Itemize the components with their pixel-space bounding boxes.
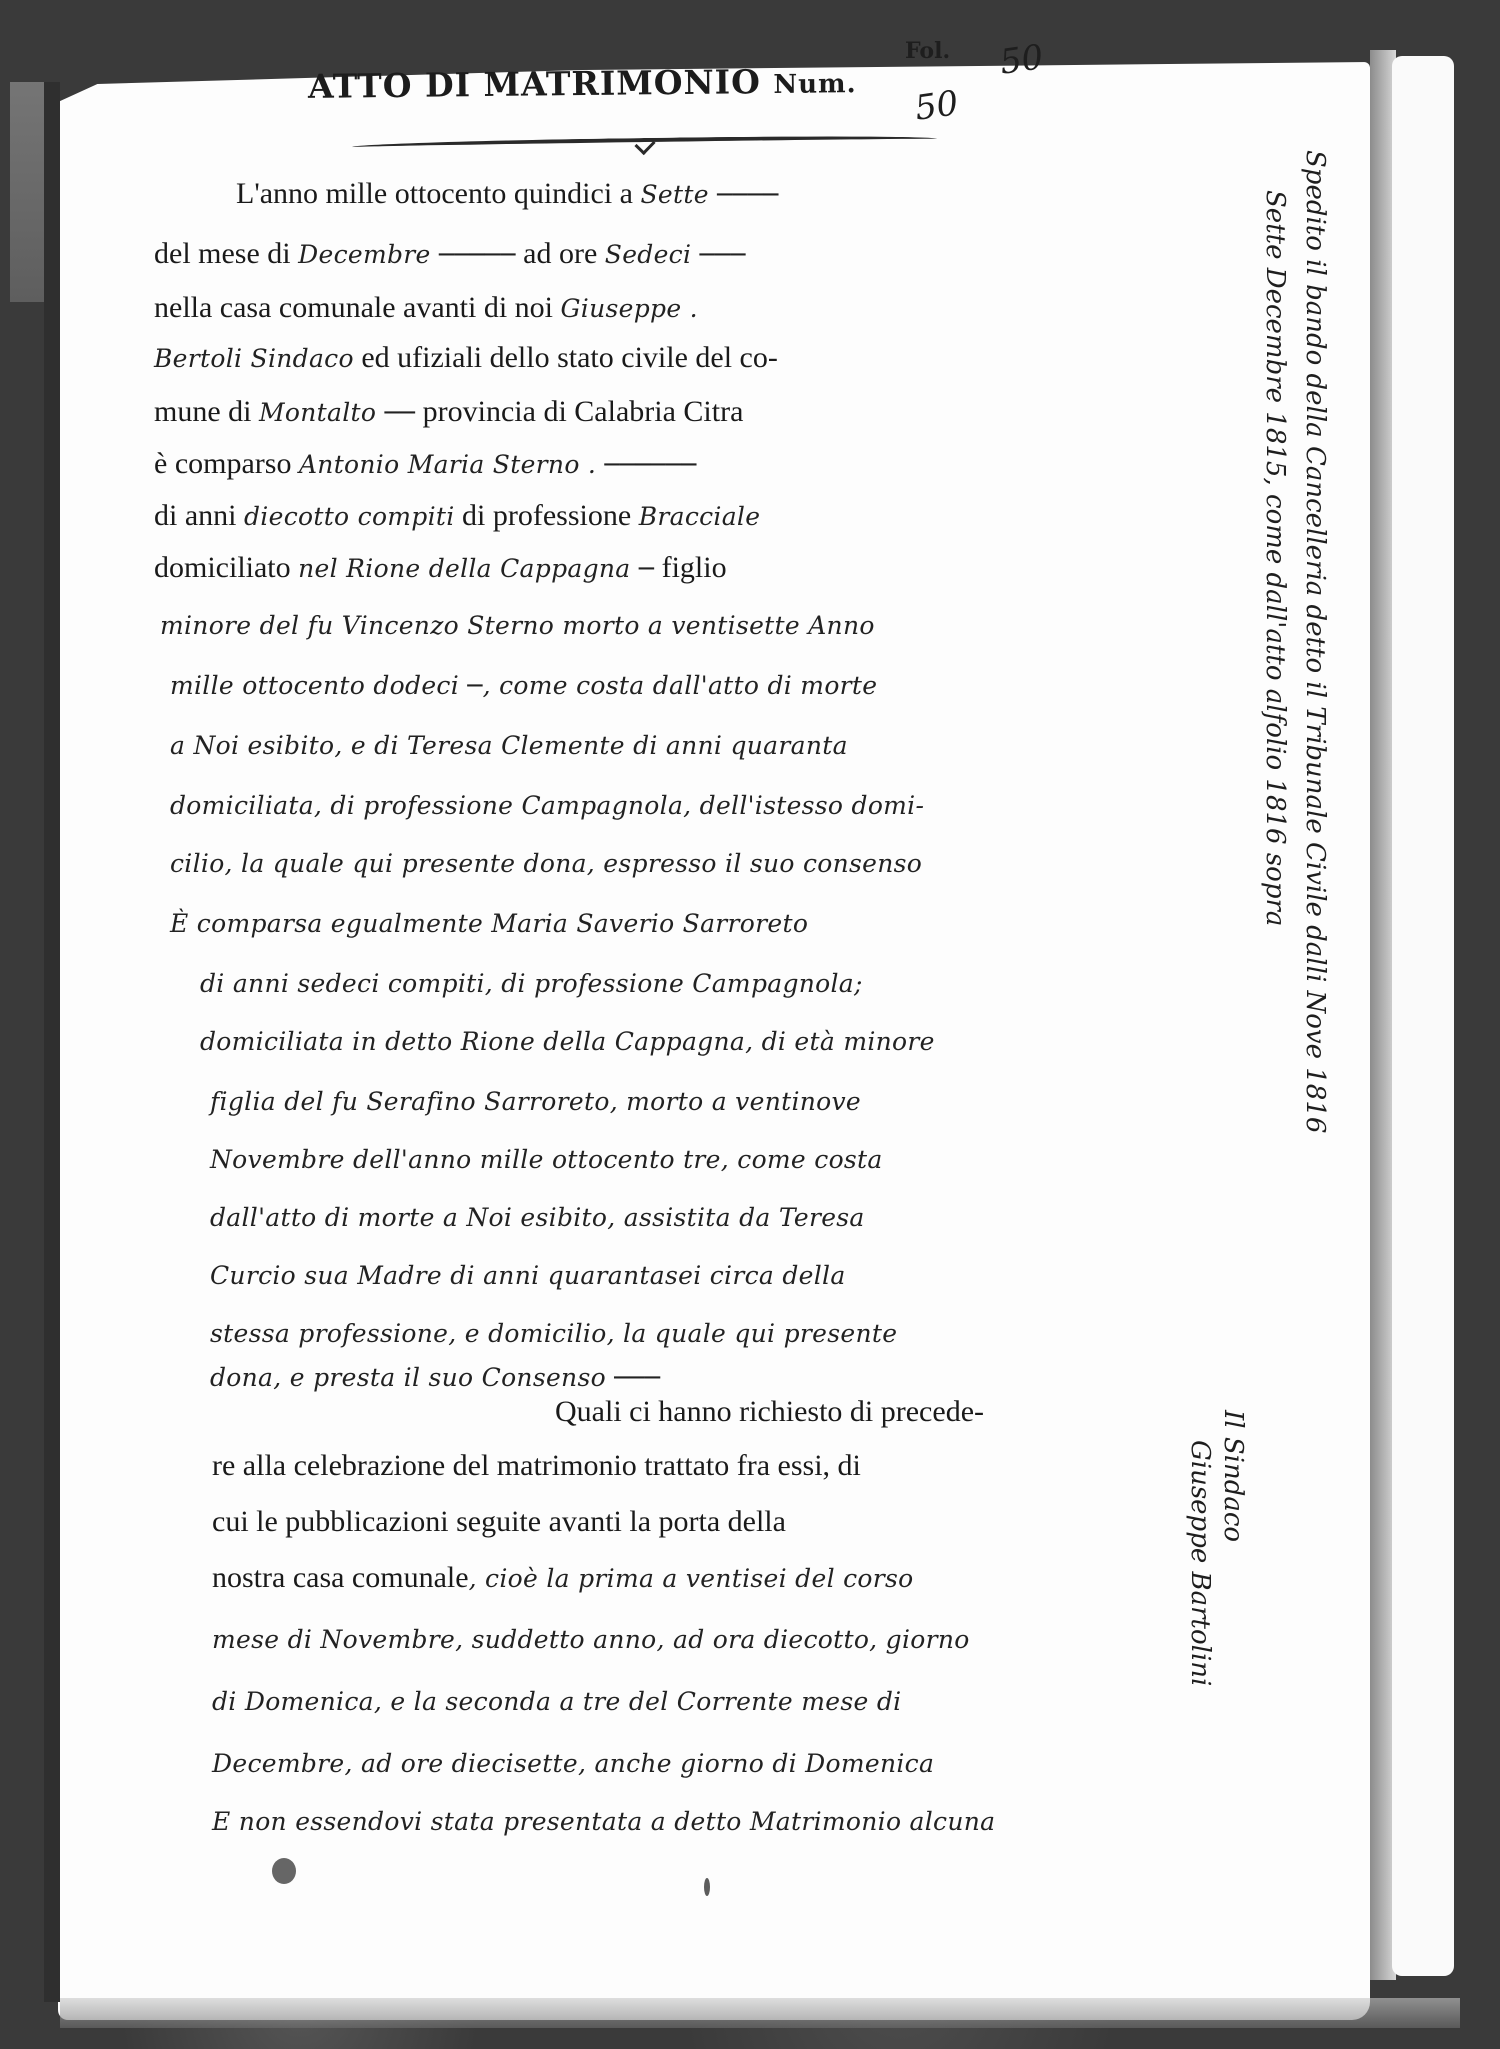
- body-line: E non essendovi stata presentata a detto…: [212, 1806, 995, 1838]
- body-line: di anni sedeci compiti, di professione C…: [200, 968, 863, 1000]
- printed-text: ad ore: [516, 237, 605, 270]
- body-line: è comparso Antonio Maria Sterno . ──────: [154, 448, 697, 481]
- body-line: domiciliata, di professione Campagnola, …: [170, 790, 924, 822]
- printed-text: re alla celebrazione del matrimonio trat…: [212, 1449, 861, 1482]
- printed-text: domiciliato: [154, 551, 298, 584]
- handwritten-text: nel Rione della Cappagna ─: [298, 554, 654, 583]
- handwritten-text: Sette ────: [640, 180, 778, 209]
- body-line: minore del fu Vincenzo Sterno morto a ve…: [160, 610, 875, 642]
- body-line: mese di Novembre, suddetto anno, ad ora …: [212, 1624, 970, 1656]
- handwritten-text: diecotto compiti: [244, 502, 455, 531]
- body-line: del mese di Decembre ───── ad ore Sedeci…: [154, 238, 746, 271]
- body-line: Curcio sua Madre di anni quarantasei cir…: [210, 1260, 846, 1292]
- handwritten-text: Antonio Maria Sterno . ──────: [299, 450, 697, 479]
- margin-note: Sette Decembre 1815, come dall'atto alfo…: [1260, 190, 1290, 926]
- margin-signature: Giuseppe Bartolini: [1185, 1440, 1215, 1686]
- printed-text: nostra casa comunale: [212, 1561, 469, 1594]
- handwritten-text: di Domenica, e la seconda a tre del Corr…: [212, 1687, 901, 1716]
- body-line: re alla celebrazione del matrimonio trat…: [212, 1450, 861, 1483]
- body-line: cui le pubblicazioni seguite avanti la p…: [212, 1506, 786, 1539]
- handwritten-text: Montalto ──: [259, 398, 415, 427]
- printed-text: nella casa comunale avanti di noi: [154, 291, 561, 324]
- handwritten-text: Decembre ─────: [298, 240, 516, 269]
- body-line: di anni diecotto compiti di professione …: [154, 500, 760, 533]
- handwritten-text: a Noi esibito, e di Teresa Clemente di a…: [170, 731, 848, 760]
- body-line: mune di Montalto ── provincia di Calabri…: [154, 396, 743, 429]
- handwritten-text: domiciliata in detto Rione della Cappagn…: [200, 1027, 935, 1056]
- body-line: di Domenica, e la seconda a tre del Corr…: [212, 1686, 901, 1718]
- body-line: figlia del fu Serafino Sarroreto, morto …: [210, 1086, 861, 1118]
- handwritten-text: E non essendovi stata presentata a detto…: [212, 1807, 995, 1836]
- body-line: a Noi esibito, e di Teresa Clemente di a…: [170, 730, 848, 762]
- printed-text: del mese di: [154, 237, 298, 270]
- body-line: nostra casa comunale, cioè la prima a ve…: [212, 1562, 914, 1595]
- handwritten-text: , cioè la prima a ventisei del corso: [469, 1564, 914, 1593]
- body-line: L'anno mille ottocento quindici a Sette …: [236, 178, 778, 211]
- printed-text: di anni: [154, 499, 244, 532]
- body-line: Quali ci hanno richiesto di precede-: [555, 1396, 984, 1429]
- handwritten-text: domiciliata, di professione Campagnola, …: [170, 791, 924, 820]
- body-line: cilio, la quale qui presente dona, espre…: [170, 848, 922, 880]
- printed-text: cui le pubblicazioni seguite avanti la p…: [212, 1505, 786, 1538]
- printed-text: figlio: [654, 551, 727, 584]
- handwritten-text: mese di Novembre, suddetto anno, ad ora …: [212, 1625, 970, 1654]
- handwritten-text: È comparsa egualmente Maria Saverio Sarr…: [170, 909, 808, 938]
- handwritten-text: stessa professione, e domicilio, la qual…: [210, 1319, 897, 1348]
- body-line: stessa professione, e domicilio, la qual…: [210, 1318, 897, 1350]
- handwritten-text: Decembre, ad ore diecisette, anche giorn…: [212, 1749, 934, 1778]
- body-line: dona, e presta il suo Consenso ───: [210, 1362, 660, 1394]
- handwritten-text: mille ottocento dodeci ─, come costa dal…: [170, 671, 877, 700]
- handwritten-text: Giuseppe .: [561, 294, 698, 323]
- printed-text: provincia di Calabria Citra: [415, 395, 743, 428]
- body-line: Decembre, ad ore diecisette, anche giorn…: [212, 1748, 934, 1780]
- body-line: Novembre dell'anno mille ottocento tre, …: [210, 1144, 883, 1176]
- printed-text: L'anno mille ottocento quindici a: [236, 177, 640, 210]
- body-line: È comparsa egualmente Maria Saverio Sarr…: [170, 908, 808, 940]
- printed-text: è comparso: [154, 447, 299, 480]
- ink-blot: [272, 1858, 296, 1884]
- body-line: domiciliato nel Rione della Cappagna ─ f…: [154, 552, 727, 585]
- margin-note: Spedito il bando della Cancelleria detto…: [1300, 150, 1330, 1133]
- body-line: dall'atto di morte a Noi esibito, assist…: [210, 1202, 865, 1234]
- handwritten-text: Bertoli Sindaco: [154, 344, 354, 373]
- handwritten-text: cilio, la quale qui presente dona, espre…: [170, 849, 922, 878]
- body-line: domiciliata in detto Rione della Cappagn…: [200, 1026, 935, 1058]
- handwritten-text: Curcio sua Madre di anni quarantasei cir…: [210, 1261, 846, 1290]
- ink-mark: [704, 1878, 710, 1896]
- margin-signature-title: Il Sindaco: [1218, 1410, 1248, 1542]
- body-line: mille ottocento dodeci ─, come costa dal…: [170, 670, 877, 702]
- handwritten-text: figlia del fu Serafino Sarroreto, morto …: [210, 1087, 861, 1116]
- handwritten-text: di anni sedeci compiti, di professione C…: [200, 969, 863, 998]
- printed-text: di professione: [455, 499, 639, 532]
- handwritten-text: dall'atto di morte a Noi esibito, assist…: [210, 1203, 865, 1232]
- handwritten-text: Sedeci ───: [605, 240, 746, 269]
- handwritten-text: minore del fu Vincenzo Sterno morto a ve…: [160, 611, 875, 640]
- printed-text: mune di: [154, 395, 259, 428]
- printed-text: Quali ci hanno richiesto di precede-: [555, 1395, 984, 1428]
- body-line: nella casa comunale avanti di noi Giusep…: [154, 292, 698, 325]
- handwritten-text: Novembre dell'anno mille ottocento tre, …: [210, 1145, 883, 1174]
- handwritten-text: dona, e presta il suo Consenso ───: [210, 1363, 660, 1392]
- printed-text: ed ufiziali dello stato civile del co-: [354, 341, 778, 374]
- handwritten-text: Bracciale: [639, 502, 761, 531]
- body-line: Bertoli Sindaco ed ufiziali dello stato …: [154, 342, 778, 375]
